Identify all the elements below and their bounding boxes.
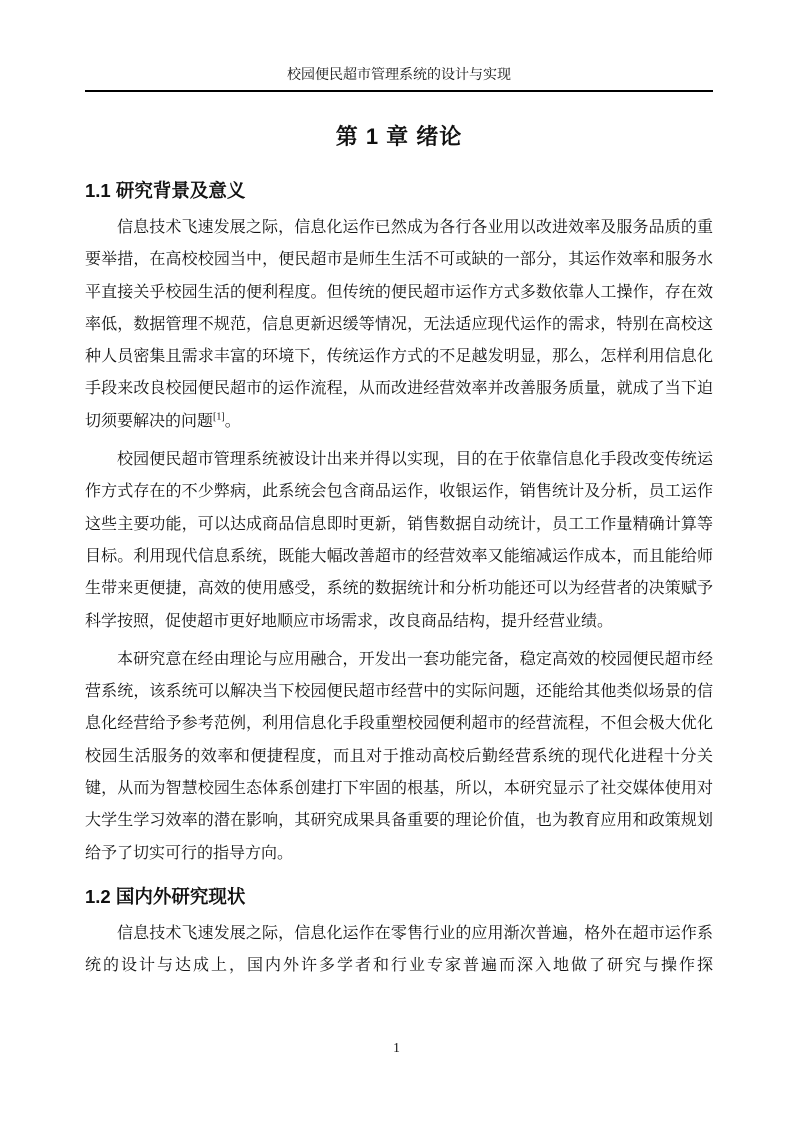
- page-content: 第 1 章 绪论 1.1 研究背景及意义 信息技术飞速发展之际，信息化运作已然成…: [85, 112, 713, 983]
- citation-marker: [1]: [213, 411, 225, 422]
- page-number: 1: [0, 1039, 793, 1057]
- paragraph: 信息技术飞速发展之际，信息化运作在零售行业的应用渐次普遍，格外在超市运作系统的设…: [85, 918, 713, 983]
- document-page: 校园便民超市管理系统的设计与实现 第 1 章 绪论 1.1 研究背景及意义 信息…: [0, 0, 793, 1122]
- section-heading-1-1: 1.1 研究背景及意义: [85, 178, 713, 204]
- paragraph: 信息技术飞速发展之际，信息化运作已然成为各行各业用以改进效率及服务品质的重要举措…: [85, 212, 713, 438]
- paragraph-text: 。: [225, 413, 241, 430]
- chapter-title: 第 1 章 绪论: [85, 120, 713, 154]
- paragraph: 本研究意在经由理论与应用融合，开发出一套功能完备，稳定高效的校园便民超市经营系统…: [85, 644, 713, 870]
- paragraph: 校园便民超市管理系统被设计出来并得以实现，目的在于依靠信息化手段改变传统运作方式…: [85, 444, 713, 638]
- section-heading-1-2: 1.2 国内外研究现状: [85, 884, 713, 910]
- running-header: 校园便民超市管理系统的设计与实现: [85, 66, 713, 92]
- paragraph-text: 信息技术飞速发展之际，信息化运作已然成为各行各业用以改进效率及服务品质的重要举措…: [85, 219, 713, 430]
